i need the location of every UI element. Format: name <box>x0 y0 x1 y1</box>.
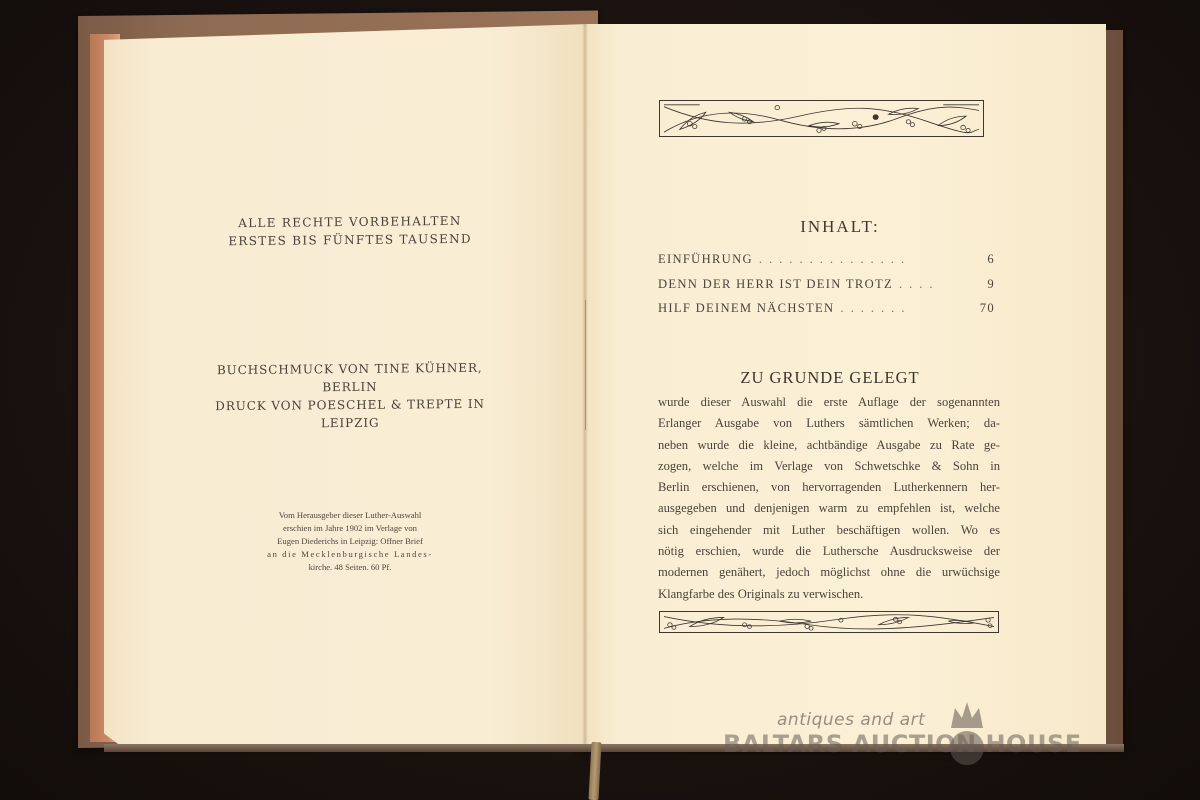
toc-entry-page: 9 <box>977 277 995 292</box>
note-line: Eugen Diederichs in Leipzig: Offner Brie… <box>250 535 450 548</box>
toc-entry[interactable]: EINFÜHRUNG ............... 6 <box>658 252 995 277</box>
toc-leader-dots: ............... <box>759 252 971 267</box>
body-line: Berlin erschienen, von hervorragenden Lu… <box>658 477 1000 498</box>
toc-entry[interactable]: DENN DER HERR IST DEIN TROTZ .... 9 <box>658 277 995 302</box>
note-line: erschien im Jahre 1902 im Verlage von <box>250 522 450 535</box>
toc-leader-dots: ....... <box>840 301 971 316</box>
toc-entry-label: DENN DER HERR IST DEIN TROTZ <box>658 277 893 292</box>
section-title: ZU GRUNDE GELEGT <box>700 368 960 388</box>
note-line: Vom Herausgeber dieser Luther-Auswahl <box>250 509 450 522</box>
note-line: kirche. 48 Seiten. 60 Pf. <box>250 561 450 574</box>
toc-entry-label: HILF DEINEM NÄCHSTEN <box>658 301 834 316</box>
note-line: an die Mecklenburgische Landes- <box>250 548 450 561</box>
bookmark-ribbon <box>588 742 601 800</box>
body-paragraph: wurde dieser Auswahl die erste Auflage d… <box>658 392 1000 605</box>
toc-entry-page: 70 <box>977 301 995 316</box>
rights-notice: ALLE RECHTE VORBEHALTEN ERSTES BIS FÜNFT… <box>220 212 480 251</box>
body-line: ausgegeben und denjenigen warm zu empfeh… <box>658 498 1000 519</box>
toc-entry-page: 6 <box>977 252 995 267</box>
floral-vine-border-icon <box>659 611 999 633</box>
floral-vine-border-icon <box>659 100 984 137</box>
contents-title: INHALT: <box>740 217 940 237</box>
body-line: Erlanger Ausgabe von Luthers sämtlichen … <box>658 413 1000 434</box>
publisher-note: Vom Herausgeber dieser Luther-Auswahl er… <box>250 509 450 574</box>
body-line: Klangfarbe des Originals zu verwischen. <box>658 584 1000 605</box>
body-line: wurde dieser Auswahl die erste Auflage d… <box>658 392 1000 413</box>
toc-entry[interactable]: HILF DEINEM NÄCHSTEN ....... 70 <box>658 301 995 326</box>
printing-credits: BUCHSCHMUCK VON TINE KÜHNER, BERLIN DRUC… <box>205 359 496 434</box>
edition-line: ERSTES BIS FÜNFTES TAUSEND <box>220 230 480 251</box>
body-line: modernen genähert, jedoch möglichst ohne… <box>658 562 1000 583</box>
body-line: neben wurde die kleine, achtbändige Ausg… <box>658 435 1000 456</box>
toc-entry-label: EINFÜHRUNG <box>658 252 753 267</box>
page-bottom-edge <box>104 744 1124 752</box>
gutter-stitching <box>585 300 586 430</box>
printer-credit: DRUCK VON POESCHEL & TREPTE IN LEIPZIG <box>205 395 495 434</box>
body-line: nötig erschien, wurde die Luthersche Aus… <box>658 541 1000 562</box>
body-line: zogen, welche im Verlage von Schwetschke… <box>658 456 1000 477</box>
toc-leader-dots: .... <box>899 277 971 292</box>
decoration-credit: BUCHSCHMUCK VON TINE KÜHNER, BERLIN <box>205 359 495 398</box>
table-of-contents: EINFÜHRUNG ............... 6 DENN DER HE… <box>658 252 995 326</box>
body-line: sich eingehender mit Luther beschäftigen… <box>658 520 1000 541</box>
